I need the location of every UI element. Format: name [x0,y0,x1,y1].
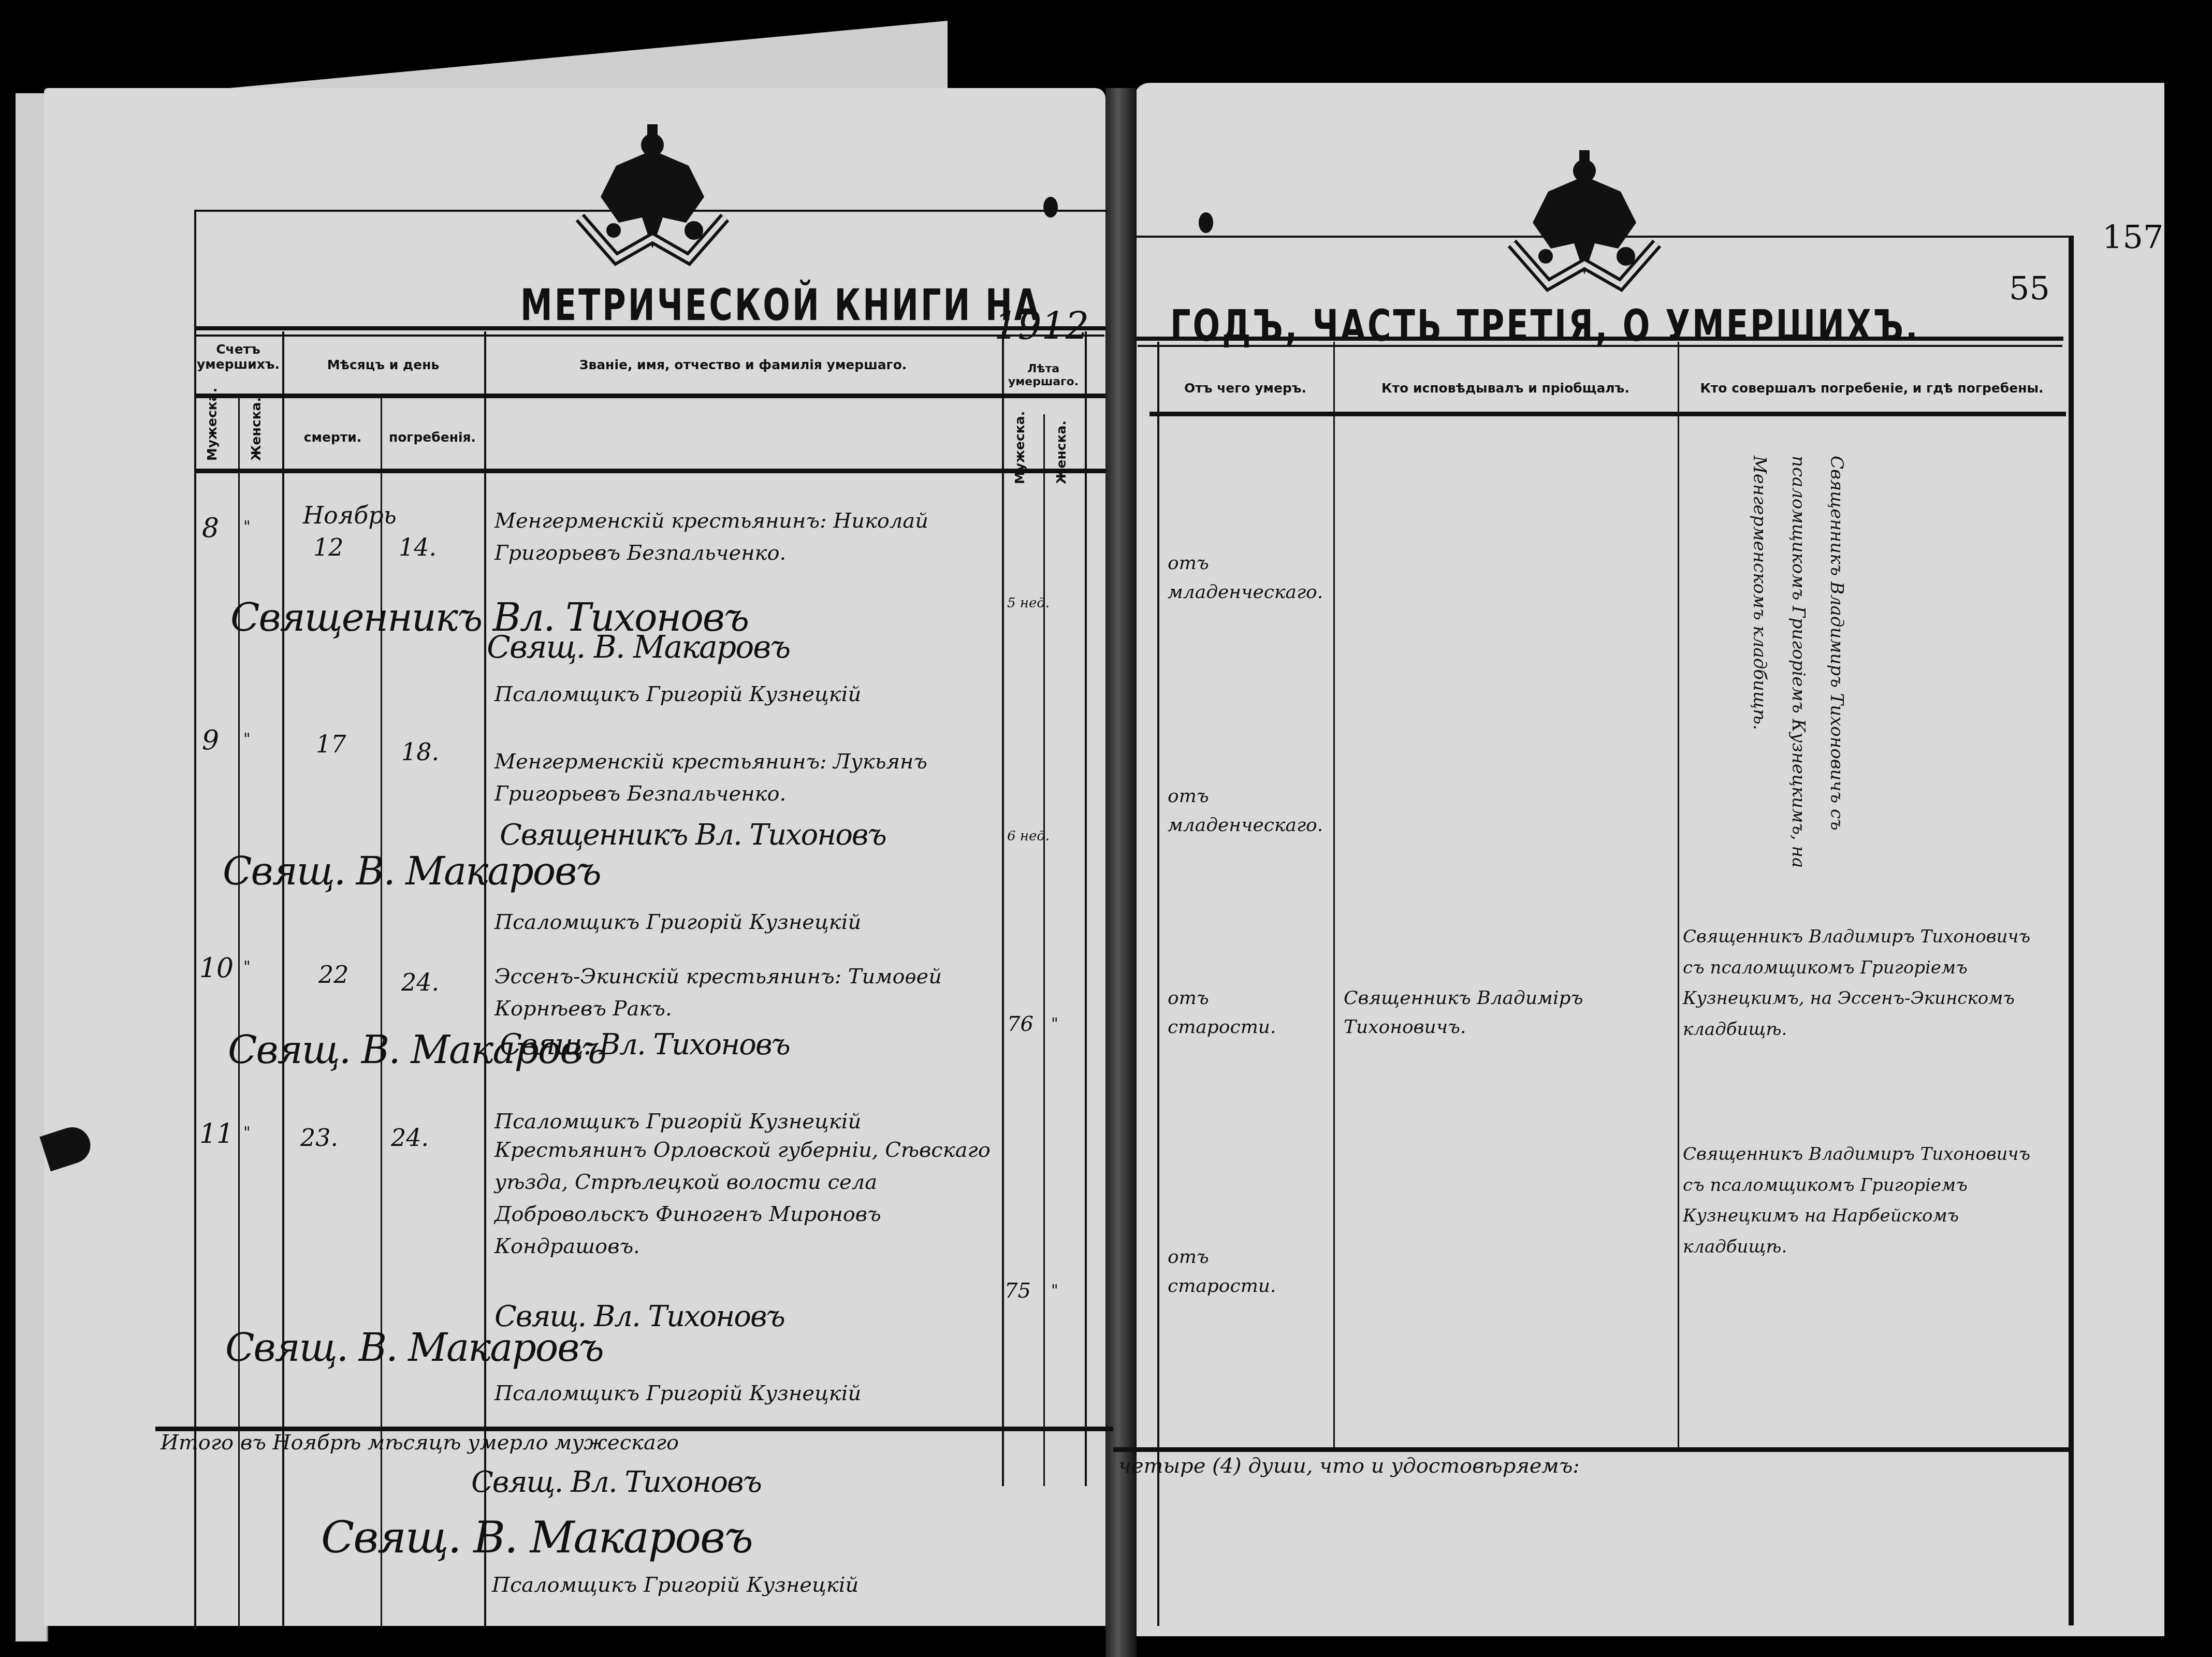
count-female: " [243,958,251,976]
header-top-rule [1137,337,2063,341]
age-female: " [1051,1282,1058,1300]
book-gutter [1105,88,1137,1657]
binding-hole [1199,212,1213,233]
signature-priest: Свящ. Вл. Тихоновъ [500,1028,790,1062]
summary-signature-psalmist: Псаломщикъ Григорій Кузнецкій [492,1569,858,1601]
count-female: " [243,1124,251,1142]
deceased-name: Эссенъ-Экинскій крестьянинъ: Тимоѳей Кор… [494,961,992,1025]
header-confessor: Кто исповѣдывалъ и пріобщалъ. [1336,381,1675,396]
header-date-burial: погребенія. [383,430,482,445]
burial-day: 24. [391,1124,429,1152]
header-count-male: Мужеска. [205,404,220,461]
count-female: " [243,730,251,748]
summary-text-left: Итого въ Ноябрѣ мѣсяцѣ умерло мужескаго [161,1427,679,1459]
signature-psalmist: Псаломщикъ Григорій Кузнецкій [494,906,861,938]
cause-of-death: отъ старости. [1168,1243,1323,1301]
signature-psalmist: Псаломщикъ Григорій Кузнецкій [494,1377,861,1409]
cause-of-death: отъ старости. [1168,984,1323,1042]
death-day: 12 [313,533,344,561]
count-male: 9 [202,725,219,756]
cause-of-death: отъ младенческаго. [1168,549,1323,607]
header-count: Счетъ умершихъ. [197,342,280,372]
col-line [1085,331,1087,1486]
header-bottom-rule [194,469,1105,473]
header-age: Лѣта умершаго. [1005,362,1082,388]
burial-day: 18. [401,738,439,766]
age-male: 75 [1005,1279,1031,1303]
col-line [1002,331,1004,1486]
age-female: " [1051,1015,1058,1033]
header-cause: Отъ чего умеръ. [1160,381,1331,396]
age-male: 76 [1007,1012,1034,1036]
signature-priest-2: Свящ. В. Макаровъ [487,629,790,665]
header-burial: Кто совершалъ погребеніе, и гдѣ погребен… [1680,381,2063,396]
title-left: МЕТРИЧЕСКОЙ КНИГИ НА [520,280,1041,331]
header-mid-rule [194,394,1105,398]
count-male: 11 [199,1118,234,1150]
header-count-female: Женска. [249,404,264,461]
deceased-name: Крестьянинъ Орловской губерніи, Сѣвскаго… [494,1134,992,1262]
count-female: " [243,518,251,536]
burial-officiant: Священникъ Владимиръ Тихоновичъ съ псало… [1740,456,1856,911]
col-line [1333,342,1335,1450]
signature-priest-2: Свящ. В. Макаровъ [223,849,601,894]
summary-signature-priest: Свящ. Вл. Тихоновъ [471,1465,761,1499]
burial-officiant: Священникъ Владимиръ Тихоновичъ съ псало… [1683,1139,2056,1262]
burial-day: 24. [401,968,439,996]
title-right: ГОДЪ, ЧАСТЬ ТРЕТІЯ, О УМЕРШИХЪ. [1170,300,1920,352]
printed-page-number: 55 [2009,269,2050,307]
count-male: 8 [202,513,219,544]
burial-officiant: Священникъ Владимиръ Тихоновичъ съ псало… [1683,922,2056,1045]
signature-priest: Священникъ Вл. Тихоновъ [500,818,886,852]
deceased-name: Менгерменскій крестьянинъ: Николай Григо… [494,505,992,569]
count-male: 10 [199,953,234,984]
header-bottom-rule [1149,412,2066,416]
month: Ноябрь [303,497,397,534]
header-date-death: смерти. [285,430,381,445]
age-male: 6 нед. [1007,826,1050,847]
header-age-female: Женска. [1054,422,1069,484]
header-date: Мѣсяцъ и день [285,357,482,372]
header-name: Званіе, имя, отчество и фамилія умершаго… [487,357,999,372]
deceased-name: Менгерменскій крестьянинъ: Лукьянъ Григо… [494,746,992,810]
book-cover-edge [16,93,48,1641]
col-line [1157,342,1159,1626]
age-male: 5 нед. [1007,593,1050,614]
header-top-rule [194,326,1105,330]
confessor: Священникъ Владимiръ Тихоновичъ. [1344,984,1665,1042]
summary-signature-priest-2: Свящ. В. Макаровъ [321,1512,752,1563]
death-day: 23. [300,1124,338,1152]
cause-of-death: отъ младенческаго. [1168,782,1323,840]
signature-psalmist: Псаломщикъ Григорій Кузнецкій [494,678,861,710]
header-age-male: Мужеска. [1012,422,1027,484]
col-line [1678,342,1679,1450]
signature-priest-2: Свящ. В. Макаровъ [225,1326,603,1370]
death-day: 22 [318,961,349,989]
loose-page-flap [119,21,948,98]
burial-day: 14. [399,533,436,561]
col-line [1043,414,1045,1486]
summary-text-right: четыре (4) души, что и удостовѣряемъ: [1118,1450,1580,1482]
death-day: 17 [316,730,346,758]
signature-psalmist: Псаломщикъ Григорій Кузнецкій [494,1106,861,1138]
folio-number: 157 [2102,212,2163,262]
